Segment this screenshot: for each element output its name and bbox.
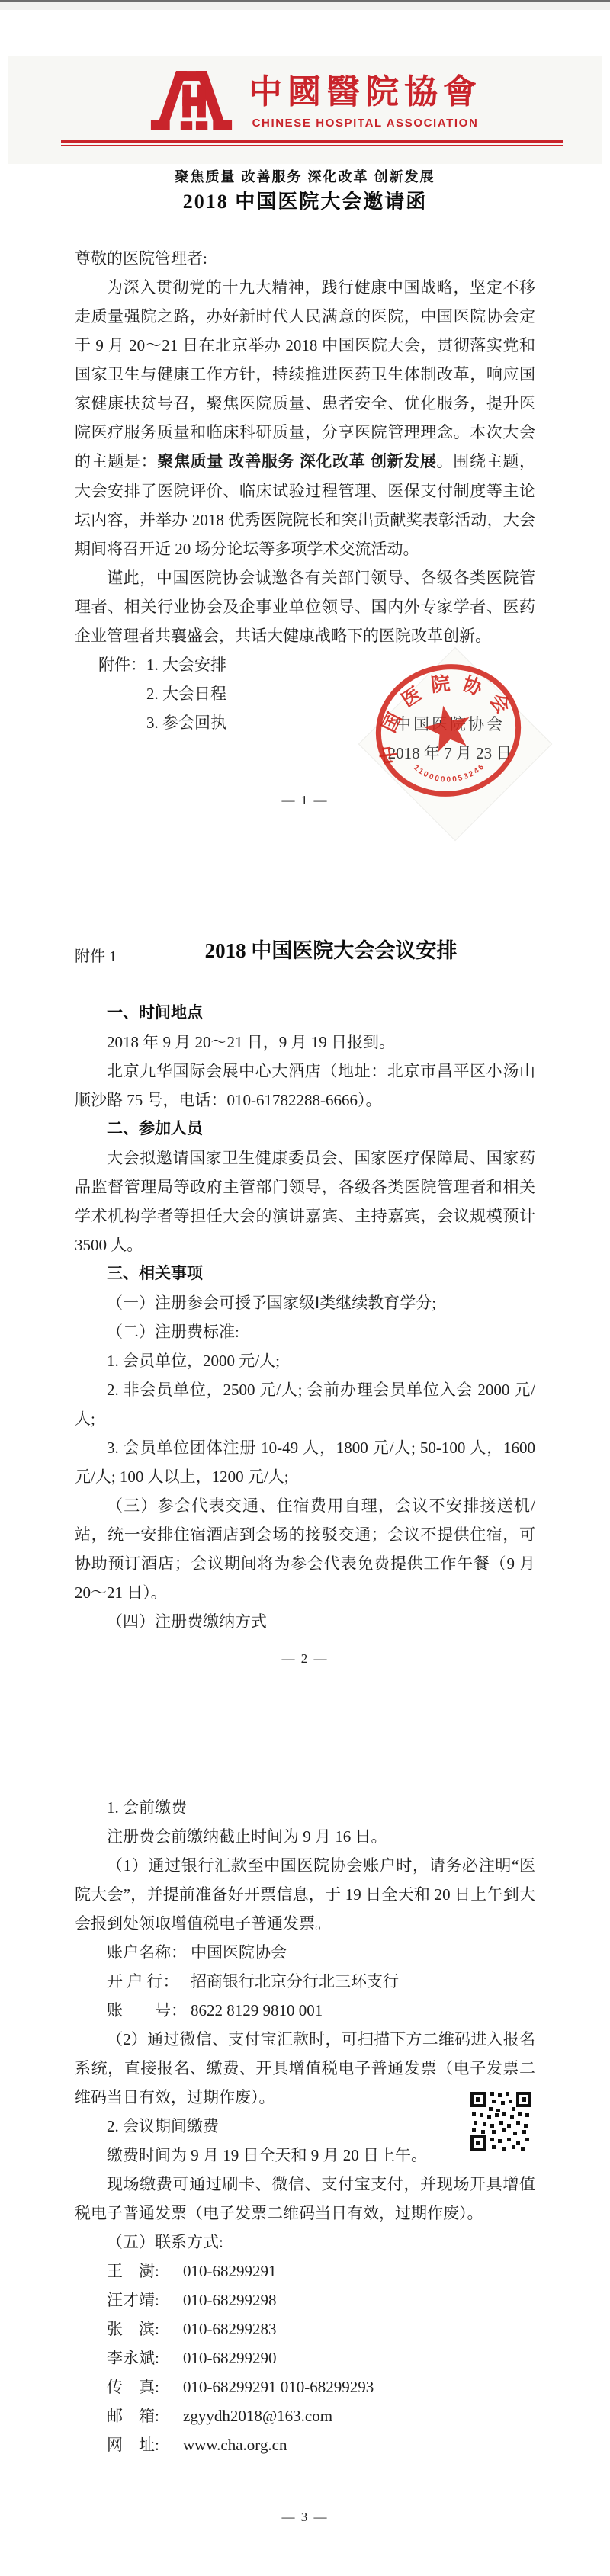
logo-text-block: 中國醫院協會 CHINESE HOSPITAL ASSOCIATION [249, 72, 482, 130]
contact-row: 网 址:www.cha.org.cn [75, 2430, 535, 2459]
contact-row: 李永斌:010-68299290 [75, 2343, 535, 2372]
svg-text:中国医院协会: 中国医院协会 [371, 658, 525, 767]
page-number-3: — 3 — [0, 2510, 610, 2525]
contact-row: 邮 箱:zgyydh2018@163.com [75, 2401, 535, 2430]
paragraph: （四）注册费缴纳方式 [75, 1607, 535, 1636]
paragraph: （三）参会代表交通、住宿费用自理，会议不安排接送机/站，统一安排住宿酒店到会场的… [75, 1491, 535, 1607]
contact-name: 网 址: [107, 2430, 183, 2459]
account-value: 招商银行北京分行北三环支行 [191, 1972, 399, 1991]
contact-row: 汪才靖:010-68299298 [75, 2286, 535, 2315]
paragraph: （1）通过银行汇款至中国医院协会账户时，请务必注明“医院大会”，并提前准备好开票… [75, 1851, 535, 1938]
logo-chinese-name: 中國醫院協會 [249, 72, 482, 112]
contact-name: 张 滨: [107, 2315, 183, 2343]
section-heading: 二、参加人员 [75, 1115, 535, 1144]
contact-value: 010-68299290 [183, 2349, 277, 2367]
paragraph: 2018 年 9 月 20～21 日，9 月 19 日报到。 [75, 1028, 535, 1057]
paragraph-text: 为深入贯彻党的十九大精神，践行健康中国战略，坚定不移走质量强院之路，办好新时代人… [75, 278, 535, 470]
paragraph: （二）注册费标准: [75, 1317, 535, 1346]
letterhead-divider [61, 140, 563, 146]
account-row: 账户名称：中国医院协会 [75, 1938, 535, 1967]
contact-value: 010-68299283 [183, 2320, 277, 2338]
page2-title: 2018 中国医院大会会议安排 [205, 936, 457, 965]
cha-logo-icon [146, 67, 236, 134]
document-title: 2018 中国医院大会邀请函 [0, 186, 610, 214]
contact-name: 李永斌: [107, 2343, 183, 2372]
page1-paragraphs: 为深入贯彻党的十九大精神，践行健康中国战略，坚定不移走质量强院之路，办好新时代人… [75, 273, 535, 650]
paragraph: 缴费时间为 9 月 19 日全天和 9 月 20 日上午。 [75, 2141, 535, 2170]
contact-name: 邮 箱: [107, 2401, 183, 2430]
paragraph: （2）通过微信、支付宝汇款时，可扫描下方二维码进入报名系统，直接报名、缴费、开具… [75, 2025, 535, 2112]
contact-row: 王 澍:010-68299291 [75, 2257, 535, 2286]
bold-theme-phrase: 聚焦质量 改善服务 深化改革 创新发展 [157, 453, 436, 470]
contact-value: 010-68299298 [183, 2291, 277, 2309]
account-row: 开 户 行：招商银行北京分行北三环支行 [75, 1967, 535, 1996]
paragraph: 北京九华国际会展中心大酒店（地址：北京市昌平区小汤山顺沙路 75 号，电话：01… [75, 1057, 535, 1115]
paragraph: 谨此，中国医院协会诚邀各有关部门领导、各级各类医院管理者、相关行业协会及企事业单… [75, 563, 535, 650]
contact-list: 王 澍:010-68299291汪才靖:010-68299298张 滨:010-… [75, 2257, 535, 2459]
association-logo: 中國醫院協會 CHINESE HOSPITAL ASSOCIATION [146, 67, 482, 134]
attachment-tag: 附件 1 [75, 942, 117, 971]
account-label: 开 户 行： [107, 1967, 191, 1996]
section-heading: 三、相关事项 [75, 1259, 535, 1288]
page-number-1: — 1 — [0, 793, 610, 808]
account-label: 账户名称： [107, 1938, 191, 1967]
paragraph: 注册费会前缴纳截止时间为 9 月 16 日。 [75, 1822, 535, 1851]
contact-row: 张 滨:010-68299283 [75, 2315, 535, 2343]
account-row: 账 号：8622 8129 9810 001 [75, 1996, 535, 2025]
contact-value: zgyydh2018@163.com [183, 2407, 332, 2425]
account-label: 账 号： [107, 1996, 191, 2025]
contact-value: 010-68299291 [183, 2262, 277, 2280]
paragraph: （一）注册参会可授予国家级Ⅰ类继续教育学分; [75, 1288, 535, 1317]
paragraph: 3. 会员单位团体注册 10-49 人，1800 元/人; 50-100 人，1… [75, 1433, 535, 1491]
paragraph: 为深入贯彻党的十九大精神，践行健康中国战略，坚定不移走质量强院之路，办好新时代人… [75, 273, 535, 563]
page2-heading-row: 附件 1 2018 中国医院大会会议安排 [75, 936, 535, 970]
top-gray-band [0, 2, 610, 10]
logo-english-name: CHINESE HOSPITAL ASSOCIATION [252, 117, 479, 130]
document-scan: 中國醫院協會 CHINESE HOSPITAL ASSOCIATION 聚焦质量… [0, 0, 610, 2576]
page3-payment-paragraphs: 1. 会前缴费注册费会前缴纳截止时间为 9 月 16 日。（1）通过银行汇款至中… [75, 1793, 535, 1938]
paragraph: 大会拟邀请国家卫生健康委员会、国家医疗保障局、国家药品监督管理局等政府主管部门领… [75, 1144, 535, 1259]
qr-code [469, 2090, 533, 2152]
page3-more-paragraphs: （2）通过微信、支付宝汇款时，可扫描下方二维码进入报名系统，直接报名、缴费、开具… [75, 2025, 535, 2257]
contact-name: 传 真: [107, 2372, 183, 2401]
section-heading: 一、时间地点 [75, 999, 535, 1028]
attachments-label: 附件： [98, 650, 146, 679]
contact-value: 010-68299291 010-68299293 [183, 2378, 374, 2396]
paragraph: 2. 非会员单位，2500 元/人; 会前办理会员单位入会 2000 元/人; [75, 1375, 535, 1433]
attachment-item: 1. 大会安排 [146, 656, 226, 674]
contact-value: www.cha.org.cn [183, 2436, 287, 2454]
page3-body: 1. 会前缴费注册费会前缴纳截止时间为 9 月 16 日。（1）通过银行汇款至中… [75, 1793, 535, 2459]
page2-body: 附件 1 2018 中国医院大会会议安排 一、时间地点2018 年 9 月 20… [75, 936, 535, 1636]
page-number-2: — 2 — [0, 1651, 610, 1667]
paragraph: （五）联系方式: [75, 2228, 535, 2257]
seal-star-icon [420, 701, 475, 753]
contact-name: 王 澍: [107, 2257, 183, 2286]
paragraph: 现场缴费可通过刷卡、微信、支付宝支付，并现场开具增值税电子普通发票（电子发票二维… [75, 2170, 535, 2228]
contact-name: 汪才靖: [107, 2286, 183, 2315]
account-value: 中国医院协会 [191, 1943, 287, 1962]
account-value: 8622 8129 9810 001 [191, 2001, 323, 2019]
official-red-seal: 中国医院协会 1100000053246 [371, 657, 526, 804]
conference-slogan: 聚焦质量 改善服务 深化改革 创新发展 [0, 166, 610, 186]
bank-account-block: 账户名称：中国医院协会开 户 行：招商银行北京分行北三环支行账 号：8622 8… [75, 1938, 535, 2025]
contact-row: 传 真:010-68299291 010-68299293 [75, 2372, 535, 2401]
paragraph-text: 谨此，中国医院协会诚邀各有关部门领导、各级各类医院管理者、相关行业协会及企事业单… [75, 569, 535, 645]
page2-sections: 一、时间地点2018 年 9 月 20～21 日，9 月 19 日报到。北京九华… [75, 999, 535, 1636]
paragraph: 2. 会议期间缴费 [75, 2112, 535, 2141]
paragraph: 1. 会前缴费 [75, 1793, 535, 1822]
salutation: 尊敬的医院管理者: [75, 244, 535, 273]
paragraph: 1. 会员单位，2000 元/人; [75, 1346, 535, 1375]
